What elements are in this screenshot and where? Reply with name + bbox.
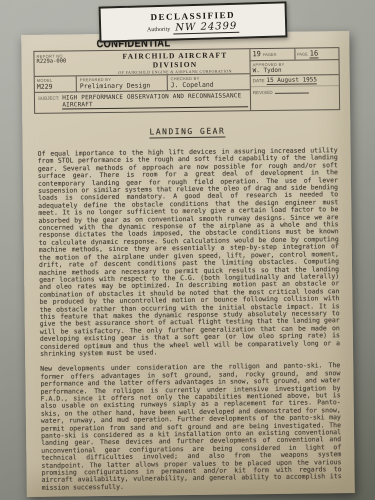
date-value: 15 August 1955 <box>266 76 317 85</box>
approved-by-value: W. Tydon <box>253 66 337 74</box>
division-row: REPORT NO. R229a-000 FAIRCHILD AIRCRAFT … <box>34 49 249 77</box>
page-cell: PAGE 16 <box>295 48 339 60</box>
checked-by-value: J. Copeland <box>171 80 247 89</box>
title-block-right: 19 PAGES PAGE 16 APPROVED BY W. Tydon DA… <box>250 48 339 110</box>
section-title-text: LANDING GEAR <box>149 127 225 139</box>
prepared-by-cell: PREPARED BY Preliminary Design <box>77 75 168 91</box>
date-label: DATE <box>253 78 265 83</box>
body-paragraph-2: New developments under consideration are… <box>40 363 342 493</box>
document-page: CONFIDENTIAL REPORT NO. R229a-000 FAIRCH… <box>21 31 355 497</box>
document-body: LANDING GEAR Of equal importance to the … <box>37 117 342 500</box>
approved-by-cell: APPROVED BY W. Tydon <box>251 60 339 76</box>
declassified-authority-line: Authority NW 24399 <box>147 20 240 35</box>
title-block: REPORT NO. R229a-000 FAIRCHILD AIRCRAFT … <box>33 47 340 114</box>
model-value: M229 <box>37 82 74 90</box>
report-number-cell: REPORT NO. R229a-000 <box>34 51 100 76</box>
checked-by-cell: CHECKED BY J. Copeland <box>168 74 250 90</box>
division-title-cell: FAIRCHILD AIRCRAFT DIVISION OF FAIRCHILD… <box>100 49 249 75</box>
subject-row: SUBJECT: HIGH PERFORMANCE OBSERVATION AN… <box>35 90 250 113</box>
model-cell: MODEL M229 <box>35 76 77 92</box>
page-label: PAGE <box>297 52 308 57</box>
authority-label: Authority <box>147 26 171 33</box>
pages-cell: 19 PAGES <box>250 49 295 61</box>
section-title: LANDING GEAR <box>37 117 337 140</box>
subject-value: HIGH PERFORMANCE OBSERVATION AND RECONNA… <box>62 92 248 109</box>
prepared-by-value: Preliminary Design <box>80 81 164 90</box>
declassified-stamp: DECLASSIFIED Authority NW 24399 <box>99 1 288 42</box>
page-number: 16 <box>310 49 319 58</box>
report-number-value: R229a-000 <box>36 58 99 65</box>
body-paragraph-1: Of equal importance to the high lift dev… <box>38 147 341 358</box>
revised-blank-line <box>275 89 309 94</box>
title-block-left: REPORT NO. R229a-000 FAIRCHILD AIRCRAFT … <box>34 49 251 113</box>
scanned-document-photo: { "stamp": { "title": "DECLASSIFIED", "a… <box>0 0 375 500</box>
pagination-row: 19 PAGES PAGE 16 <box>250 48 338 61</box>
subject-label: SUBJECT: <box>38 96 59 101</box>
division-title: FAIRCHILD AIRCRAFT DIVISION <box>100 50 249 70</box>
pages-label: PAGES <box>263 52 277 57</box>
pages-count: 19 <box>252 50 261 58</box>
revised-label: REVISED <box>253 90 273 95</box>
revised-cell: REVISED <box>251 86 339 97</box>
authority-handwritten-value: NW 24399 <box>173 20 239 34</box>
